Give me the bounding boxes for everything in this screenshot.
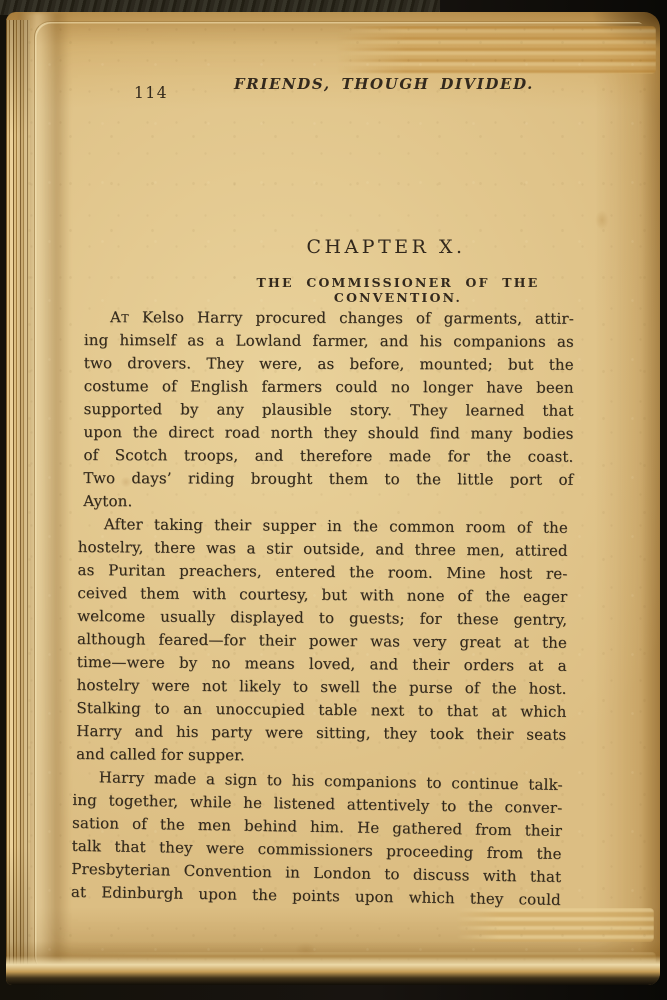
running-header: FRIENDS, THOUGH DIVIDED. — [184, 75, 584, 93]
scan-blur-artifact-bottom-right — [456, 908, 654, 942]
text-line: of Scotch troops, and therefore made for… — [83, 444, 573, 469]
paragraph: At Kelso Harry procured changes of garme… — [83, 306, 574, 515]
text-line: two drovers. They were, as before, mount… — [84, 352, 574, 377]
chapter-heading: CHAPTER X. — [186, 236, 586, 258]
book-scan-background: 114 FRIENDS, THOUGH DIVIDED. CHAPTER X. … — [0, 0, 667, 1000]
text-line: and called for supper. — [76, 743, 566, 770]
paragraph: Harry made a sign to his companions to c… — [71, 766, 563, 912]
paragraph: After taking their supper in the common … — [76, 513, 568, 770]
text-line: upon the direct road north they should f… — [84, 421, 574, 446]
text-line: ing himself as a Lowland farmer, and his… — [84, 329, 574, 354]
body-text: At Kelso Harry procured changes of garme… — [84, 306, 574, 904]
text-line: costume of English farmers could no long… — [84, 375, 574, 400]
page-bottom-edge — [6, 941, 660, 985]
page-curl-ridge — [18, 12, 70, 985]
small-caps-lead: At — [110, 308, 129, 326]
page-number: 114 — [134, 84, 168, 102]
text-line: supported by any plausible story. They l… — [84, 398, 574, 423]
text-line: At Kelso Harry procured changes of garme… — [84, 306, 574, 331]
chapter-subheading: THE COMMISSIONER OF THE CONVENTION. — [198, 275, 598, 305]
text-line: Ayton. — [83, 490, 573, 515]
text-line: Two days’ riding brought them to the lit… — [83, 467, 573, 492]
scan-blur-artifact-top — [336, 26, 656, 74]
book-page: 114 FRIENDS, THOUGH DIVIDED. CHAPTER X. … — [6, 12, 660, 985]
